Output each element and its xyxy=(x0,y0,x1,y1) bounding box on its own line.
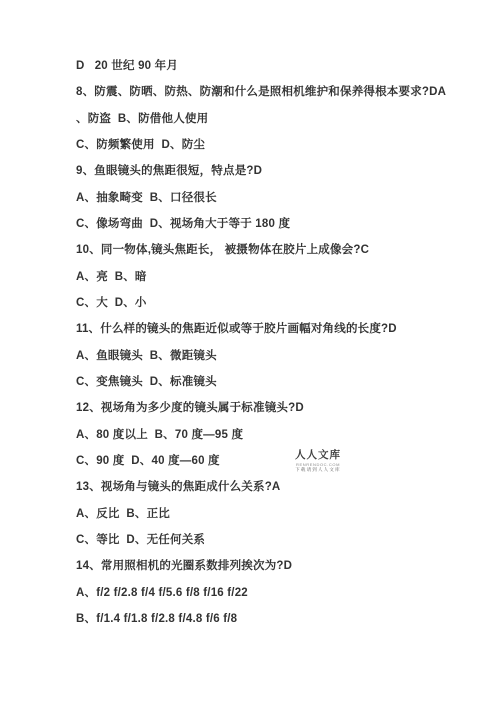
text-line: A、亮 B、暗 xyxy=(76,263,480,289)
text-line: A、反比 B、正比 xyxy=(76,500,480,526)
text-line: C、防频繁使用 D、防尘 xyxy=(76,131,480,157)
text-line: 13、视场角与镜头的焦距成什么关系?A xyxy=(76,473,480,499)
text-line: C、变焦镜头 D、标准镜头 xyxy=(76,368,480,394)
renrendoc-watermark: 人人文库 RENRENDOC.COM 下载请到人人文库 xyxy=(291,450,345,473)
watermark-tagline: 下载请到人人文库 xyxy=(291,468,345,473)
text-line: 10、同一物体,镜头焦距长， 被摄物体在胶片上成像会?C xyxy=(76,236,480,262)
text-line: D 20 世纪 90 年月 xyxy=(76,52,480,78)
text-line: C、等比 D、无任何关系 xyxy=(76,526,480,552)
text-line: C、像场弯曲 D、视场角大于等于 180 度 xyxy=(76,210,480,236)
text-line: A、f/2 f/2.8 f/4 f/5.6 f/8 f/16 f/22 xyxy=(76,579,480,605)
text-line: A、80 度以上 B、70 度—95 度 xyxy=(76,421,480,447)
text-line: 14、常用照相机的光圈系数排列挨次为?D xyxy=(76,552,480,578)
watermark-title: 人人文库 xyxy=(291,450,345,462)
text-line: 11、什么样的镜头的焦距近似或等于胶片画幅对角线的长度?D xyxy=(76,315,480,341)
text-line: 、防盗 B、防借他人使用 xyxy=(76,105,480,131)
text-line: A、抽象畸变 B、口径很长 xyxy=(76,184,480,210)
question-text-block: D 20 世纪 90 年月 8、防震、防晒、防热、防潮和什么是照相机维护和保养得… xyxy=(76,52,480,631)
text-line: C、大 D、小 xyxy=(76,289,480,315)
document-page: D 20 世纪 90 年月 8、防震、防晒、防热、防潮和什么是照相机维护和保养得… xyxy=(0,0,500,707)
text-line: C、90 度 D、40 度—60 度 xyxy=(76,447,480,473)
text-line: 8、防震、防晒、防热、防潮和什么是照相机维护和保养得根本要求?DA xyxy=(76,78,480,104)
text-line: 9、鱼眼镜头的焦距很短，特点是?D xyxy=(76,157,480,183)
text-line: B、f/1.4 f/1.8 f/2.8 f/4.8 f/6 f/8 xyxy=(76,605,480,631)
text-line: 12、视场角为多少度的镜头属于标准镜头?D xyxy=(76,394,480,420)
text-line: A、鱼眼镜头 B、微距镜头 xyxy=(76,342,480,368)
